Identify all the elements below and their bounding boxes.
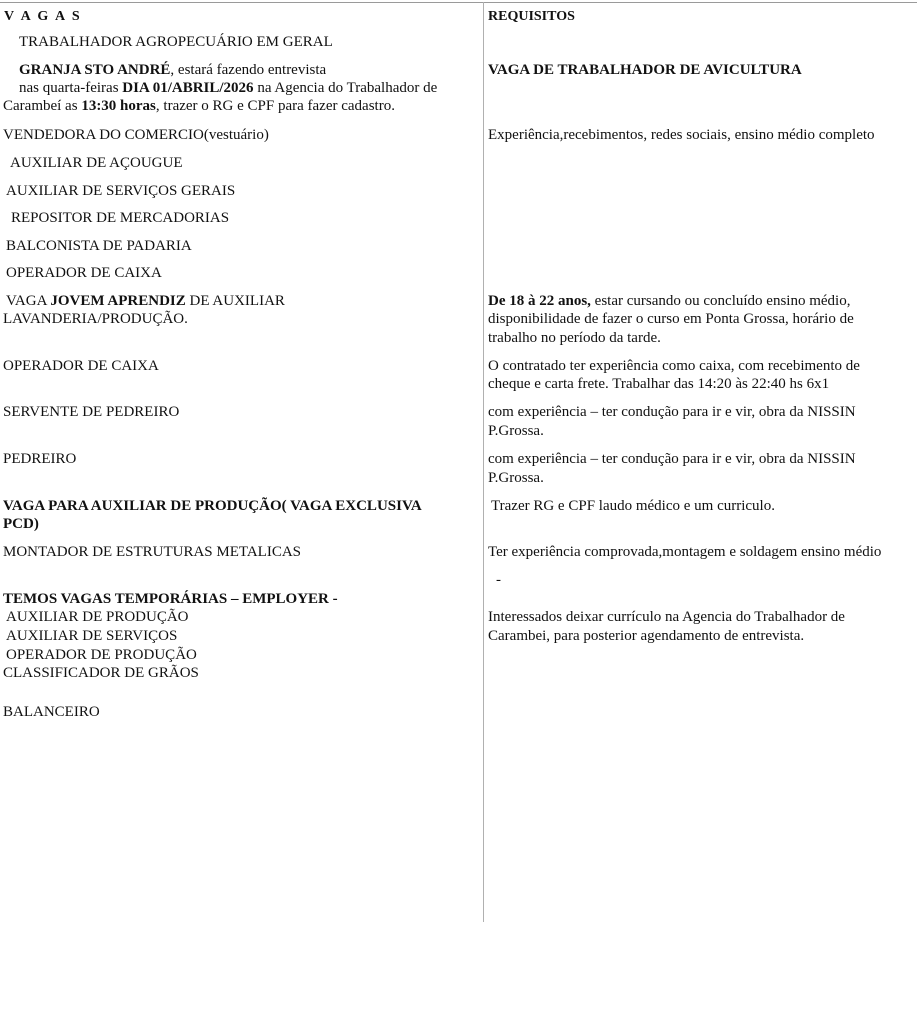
vaga-text-line: nas quarta-feiras DIA 01/ABRIL/2026 na A… bbox=[19, 79, 437, 97]
vaga-item: VENDEDORA DO COMERCIO(vestuário) bbox=[3, 126, 269, 144]
vaga-text: DE AUXILIAR bbox=[186, 293, 285, 309]
requisito-line: com experiência – ter condução para ir e… bbox=[488, 403, 856, 421]
requisito-line: P.Grossa. bbox=[488, 469, 544, 487]
vaga-text: , estará fazendo entrevista bbox=[170, 62, 326, 78]
header-vagas: V A G A S bbox=[4, 8, 82, 26]
requisito-line: com experiência – ter condução para ir e… bbox=[488, 450, 856, 468]
requisito-line: Carambei, para posterior agendamento de … bbox=[488, 627, 804, 645]
vaga-item: AUXILIAR DE PRODUÇÃO bbox=[6, 608, 189, 626]
vaga-item: AUXILIAR DE SERVIÇOS GERAIS bbox=[6, 182, 235, 200]
vaga-item: OPERADOR DE PRODUÇÃO bbox=[6, 646, 197, 664]
column-divider bbox=[483, 2, 484, 922]
requisito-line: Interessados deixar currículo na Agencia… bbox=[488, 608, 845, 626]
vaga-item: MONTADOR DE ESTRUTURAS METALICAS bbox=[3, 543, 301, 561]
vaga-text: , trazer o RG e CPF para fazer cadastro. bbox=[156, 98, 395, 114]
vaga-item: AUXILIAR DE SERVIÇOS bbox=[6, 627, 177, 645]
vaga-item: PEDREIRO bbox=[3, 450, 76, 468]
vaga-item: GRANJA STO ANDRÉ, estará fazendo entrevi… bbox=[19, 61, 326, 79]
vaga-text-line: LAVANDERIA/PRODUÇÃO. bbox=[3, 310, 188, 328]
vaga-item: OPERADOR DE CAIXA bbox=[3, 357, 159, 375]
requisito-text: estar cursando ou concluído ensino médio… bbox=[591, 293, 851, 309]
vaga-text: nas quarta-feiras bbox=[19, 80, 122, 96]
header-requisitos: REQUISITOS bbox=[488, 8, 575, 26]
requisito-line: disponibilidade de fazer o curso em Pont… bbox=[488, 310, 854, 328]
vaga-highlight: JOVEM APRENDIZ bbox=[50, 293, 185, 309]
vaga-item: AUXILIAR DE AÇOUGUE bbox=[10, 154, 183, 172]
temporarias-heading: TEMOS VAGAS TEMPORÁRIAS – EMPLOYER - bbox=[3, 590, 338, 608]
interview-time: 13:30 horas bbox=[81, 98, 156, 114]
requisito-text: Ter experiência comprovada,montagem e so… bbox=[488, 543, 881, 561]
vaga-item: BALCONISTA DE PADARIA bbox=[6, 237, 192, 255]
vaga-text-line: Carambeí as 13:30 horas, trazer o RG e C… bbox=[3, 97, 395, 115]
vaga-item: TRABALHADOR AGROPECUÁRIO EM GERAL bbox=[19, 33, 333, 51]
company-name: GRANJA STO ANDRÉ bbox=[19, 62, 170, 78]
age-range: De 18 à 22 anos, bbox=[488, 293, 591, 309]
vaga-text: na Agencia do Trabalhador de bbox=[254, 80, 438, 96]
requisito-line: trabalho no período da tarde. bbox=[488, 329, 661, 347]
vaga-item: BALANCEIRO bbox=[3, 703, 100, 721]
vaga-text: VAGA bbox=[6, 293, 50, 309]
vaga-item-pcd: VAGA PARA AUXILIAR DE PRODUÇÃO( VAGA EXC… bbox=[3, 497, 422, 515]
interview-date: DIA 01/ABRIL/2026 bbox=[122, 80, 253, 96]
requisito-text: Experiência,recebimentos, redes sociais,… bbox=[488, 126, 875, 144]
requisito-line: O contratado ter experiência como caixa,… bbox=[488, 357, 860, 375]
vaga-text: Carambeí as bbox=[3, 98, 81, 114]
vaga-item: REPOSITOR DE MERCADORIAS bbox=[11, 209, 229, 227]
table-top-border bbox=[0, 2, 917, 3]
vaga-item: OPERADOR DE CAIXA bbox=[6, 264, 162, 282]
vaga-item: SERVENTE DE PEDREIRO bbox=[3, 403, 179, 421]
requisito-text: Trazer RG e CPF laudo médico e um curric… bbox=[491, 497, 775, 515]
requisito-text: VAGA DE TRABALHADOR DE AVICULTURA bbox=[488, 61, 802, 79]
requisito-line: P.Grossa. bbox=[488, 422, 544, 440]
requisito-text: De 18 à 22 anos, estar cursando ou concl… bbox=[488, 292, 850, 310]
requisito-line: cheque e carta frete. Trabalhar das 14:2… bbox=[488, 375, 829, 393]
vaga-item: CLASSIFICADOR DE GRÃOS bbox=[3, 664, 199, 682]
vaga-item: VAGA JOVEM APRENDIZ DE AUXILIAR bbox=[6, 292, 285, 310]
requisito-dash: - bbox=[496, 571, 501, 589]
vaga-item-pcd: PCD) bbox=[3, 515, 39, 533]
